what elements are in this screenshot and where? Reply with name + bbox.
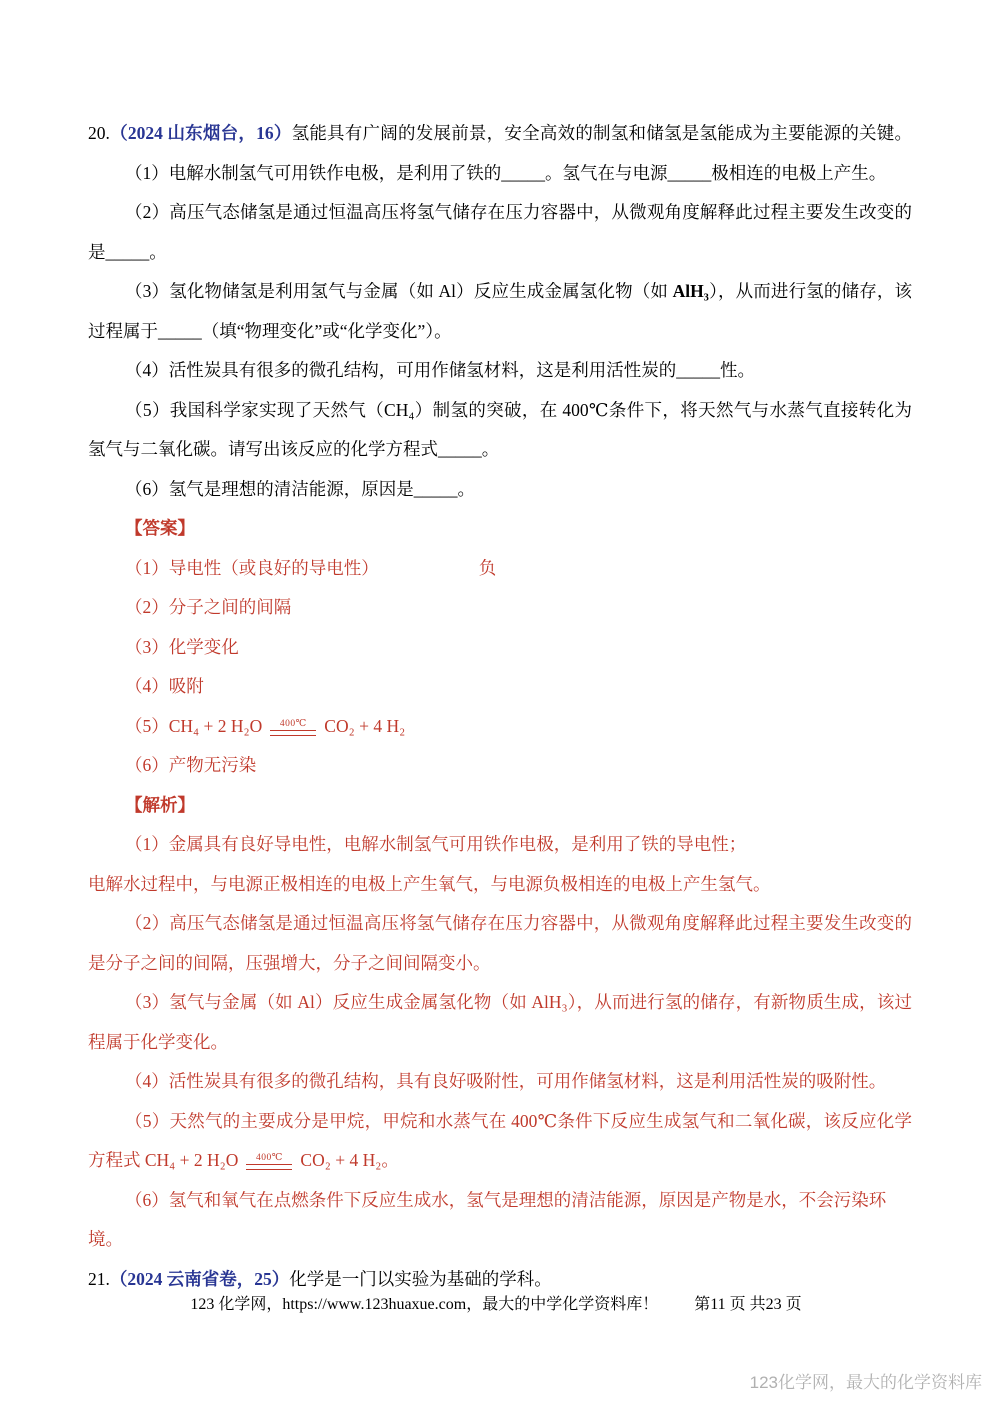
question-20-intro: 氢能具有广阔的发展前景，安全高效的制氢和储氢是氢能成为主要能源的关键。	[292, 123, 912, 143]
page-footer: 123 化学网，https://www.123huaxue.com，最大的中学化…	[0, 1292, 992, 1318]
question-20-number: 20.	[88, 123, 110, 143]
analysis-5-line2: 方程式 CH₄ + 2 H₂O400℃CO₂ + 4 H₂。	[88, 1141, 912, 1181]
analysis-5-equation-right: CO₂ + 4 H₂。	[300, 1150, 398, 1170]
document-page: 20.（2024 山东烟台，16）氢能具有广阔的发展前景，安全高效的制氢和储氢是…	[88, 114, 912, 1299]
question-20-part5-line2: 氢气与二氧化碳。请写出该反应的化学方程式_____。	[88, 430, 912, 470]
answer-1-extra: 负	[479, 558, 497, 578]
alh3-formula: AlH₃	[673, 281, 709, 301]
answer-5-number: （5）	[125, 716, 169, 736]
answer-5-equation-right: CO₂ + 4 H₂	[324, 716, 405, 736]
analysis-1-line2: 电解水过程中，与电源正极相连的电极上产生氧气，与电源负极相连的电极上产生氢气。	[88, 865, 912, 905]
question-21-number: 21.	[88, 1269, 110, 1289]
question-20-part2-line2: 是_____。	[88, 233, 912, 273]
analysis-3-line1: （3）氢气与金属（如 Al）反应生成金属氢化物（如 AlH₃），从而进行氢的储存…	[88, 983, 912, 1023]
analysis-6: （6）氢气和氧气在点燃条件下反应生成水，氢气是理想的清洁能源，原因是产物是水，不…	[88, 1181, 912, 1260]
watermark-text: 123化学网，最大的化学资料库	[750, 1368, 982, 1393]
answer-6: （6）产物无污染	[88, 746, 912, 786]
double-bar-icon	[246, 1164, 292, 1170]
question-20-part5-line1: （5）我国科学家实现了天然气（CH₄）制氢的突破，在 400℃条件下，将天然气与…	[88, 391, 912, 431]
double-bar-icon	[270, 730, 316, 736]
reaction-condition-text: 400℃	[280, 719, 307, 729]
footer-page-number: 第11 页 共23 页	[694, 1296, 801, 1313]
answer-5: （5）CH₄ + 2 H₂O400℃CO₂ + 4 H₂	[88, 707, 912, 747]
question-21-source: （2024 云南省卷，25）	[110, 1269, 289, 1289]
reaction-condition-text: 400℃	[256, 1153, 283, 1163]
analysis-3-line2: 程属于化学变化。	[88, 1023, 912, 1063]
question-20-part3-line2: 过程属于_____（填“物理变化”或“化学变化”）。	[88, 312, 912, 352]
question-20-part3-text-b: ），从而进行氢的储存，该	[709, 281, 912, 301]
answer-label: 【答案】	[88, 509, 912, 549]
analysis-5-prefix: 方程式	[88, 1150, 145, 1170]
answer-5-equation-left: CH₄ + 2 H₂O	[169, 716, 263, 736]
question-20-part3-text-a: （3）氢化物储氢是利用氢气与金属（如 Al）反应生成金属氢化物（如	[125, 281, 673, 301]
answer-1-text: （1）导电性（或良好的导电性）	[125, 558, 379, 578]
analysis-5-equation-left: CH₄ + 2 H₂O	[145, 1150, 239, 1170]
analysis-label: 【解析】	[88, 786, 912, 826]
answer-1: （1）导电性（或良好的导电性）负	[88, 549, 912, 589]
question-20-part1: （1）电解水制氢气可用铁作电极，是利用了铁的_____。氢气在与电源_____极…	[88, 154, 912, 194]
question-20-source: （2024 山东烟台，16）	[110, 123, 292, 143]
analysis-2-line1: （2）高压气态储氢是通过恒温高压将氢气储存在压力容器中，从微观角度解释此过程主要…	[88, 904, 912, 944]
analysis-1-line1: （1）金属具有良好导电性，电解水制氢气可用铁作电极，是利用了铁的导电性；	[88, 825, 912, 865]
analysis-4: （4）活性炭具有很多的微孔结构，具有良好吸附性，可用作储氢材料，这是利用活性炭的…	[88, 1062, 912, 1102]
answer-4: （4）吸附	[88, 667, 912, 707]
reaction-condition-equals: 400℃	[270, 719, 316, 736]
question-20-part2-line1: （2）高压气态储氢是通过恒温高压将氢气储存在压力容器中，从微观角度解释此过程主要…	[88, 193, 912, 233]
question-20-part3-line1: （3）氢化物储氢是利用氢气与金属（如 Al）反应生成金属氢化物（如 AlH₃），…	[88, 272, 912, 312]
analysis-2-line2: 是分子之间的间隔，压强增大，分子之间间隔变小。	[88, 944, 912, 984]
footer-site-info: 123 化学网，https://www.123huaxue.com，最大的中学化…	[190, 1296, 658, 1313]
question-20-part6: （6）氢气是理想的清洁能源，原因是_____。	[88, 470, 912, 510]
question-20-heading: 20.（2024 山东烟台，16）氢能具有广阔的发展前景，安全高效的制氢和储氢是…	[88, 114, 912, 154]
answer-2: （2）分子之间的间隔	[88, 588, 912, 628]
answer-3: （3）化学变化	[88, 628, 912, 668]
analysis-5-line1: （5）天然气的主要成分是甲烷，甲烷和水蒸气在 400℃条件下反应生成氢气和二氧化…	[88, 1102, 912, 1142]
question-21-intro: 化学是一门以实验为基础的学科。	[289, 1269, 552, 1289]
question-20-part4: （4）活性炭具有很多的微孔结构，可用作储氢材料，这是利用活性炭的_____性。	[88, 351, 912, 391]
reaction-condition-equals: 400℃	[246, 1153, 292, 1170]
